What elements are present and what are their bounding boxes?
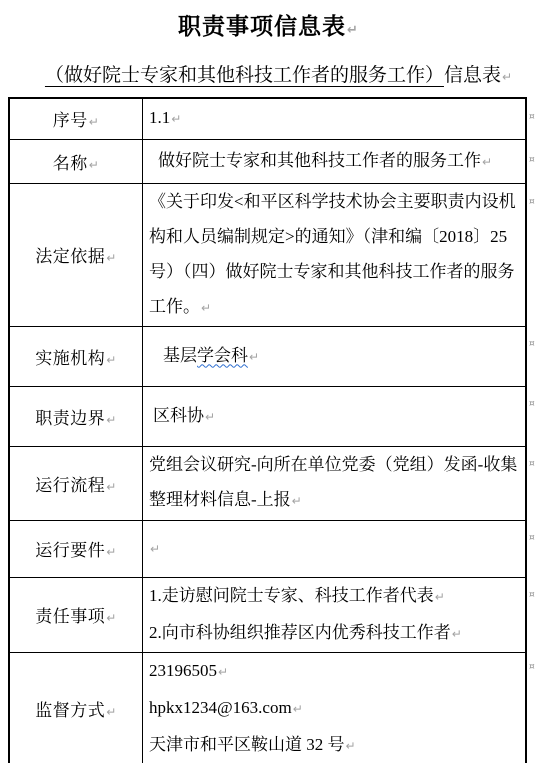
paragraph-mark: ↵ (292, 494, 302, 508)
paragraph-mark: ↵ (347, 23, 359, 38)
row-label: 监督方式 (35, 701, 105, 720)
row-label-cell: 法定依据↵ (9, 183, 143, 326)
row-end-mark: ¤ (529, 156, 535, 165)
table-row-fading-yiju: 法定依据↵ 《关于印发<和平区科学技术协会主要职责内设机构和人员编制规定>的通知… (9, 183, 526, 326)
paragraph-mark: ↵ (201, 301, 211, 315)
paragraph-mark: ↵ (106, 705, 117, 719)
table-row-shishi-jigou: 实施机构↵ 基层学会科↵ (9, 326, 526, 386)
row-label: 运行流程 (35, 476, 105, 495)
paragraph-mark: ↵ (452, 627, 462, 641)
row-value-cell: 区科协↵ (143, 386, 527, 446)
paragraph-mark: ↵ (218, 665, 228, 679)
row-end-mark: ¤ (529, 400, 535, 409)
paragraph-mark: ↵ (293, 702, 303, 716)
subtitle-suffix-text: 信息表 (444, 65, 501, 86)
row-value-cell: 1.1↵ (143, 98, 527, 139)
paragraph-mark: ↵ (171, 112, 181, 126)
row-value-prefix: 基层 (163, 346, 197, 365)
title-text: 职责事项信息表 (178, 14, 346, 39)
table-row-zhize-bianjie: 职责边界↵ 区科协↵ (9, 386, 526, 446)
row-value-cell: 基层学会科↵ (143, 326, 527, 386)
row-value: 区科协 (153, 406, 204, 425)
line-text: 1.走访慰问院士专家、科技工作者代表 (149, 586, 434, 605)
row-label-cell: 名称↵ (9, 139, 143, 183)
paragraph-mark: ↵ (150, 542, 160, 556)
row-label-cell: 实施机构↵ (9, 326, 143, 386)
paragraph-mark: ↵ (106, 413, 117, 427)
row-end-mark: ¤ (529, 340, 535, 349)
row-label: 职责边界 (35, 409, 105, 428)
supervision-address: 天津市和平区鞍山道 32 号↵ (149, 727, 520, 763)
table-row-jiandu-fangshi: 监督方式↵ 23196505↵ hpkx1234@163.com↵ 天津市和平区… (9, 652, 526, 763)
row-value: 《关于印发<和平区科学技术协会主要职责内设机构和人员编制规定>的通知》（津和编〔… (149, 192, 516, 316)
paragraph-mark: ↵ (205, 410, 215, 424)
row-value-cell: 党组会议研究-向所在单位党委（党组）发函-收集整理材料信息-上报↵ (143, 446, 527, 520)
supervision-email: hpkx1234@163.com↵ (149, 690, 520, 727)
line-text: 2.向市科协组织推荐区内优秀科技工作者 (149, 623, 451, 642)
table-row-zeren-shixiang: 责任事项↵ 1.走访慰问院士专家、科技工作者代表↵ 2.向市科协组织推荐区内优秀… (9, 577, 526, 652)
supervision-phone: 23196505↵ (149, 653, 520, 690)
row-label-cell: 序号↵ (9, 98, 143, 139)
paragraph-mark: ↵ (435, 590, 445, 604)
row-label-cell: 监督方式↵ (9, 652, 143, 763)
subtitle-underlined-text: （做好院士专家和其他科技工作者的服务工作） (45, 65, 444, 86)
row-label-cell: 职责边界↵ (9, 386, 143, 446)
table-row-yunxing-liucheng: 运行流程↵ 党组会议研究-向所在单位党委（党组）发函-收集整理材料信息-上报↵ (9, 446, 526, 520)
row-label: 序号 (53, 111, 88, 130)
spellchecked-text: 学会科 (197, 346, 248, 365)
row-value: 做好院士专家和其他科技工作者的服务工作 (158, 151, 481, 170)
row-value: 1.1 (149, 108, 170, 127)
value-line: 2.向市科协组织推荐区内优秀科技工作者↵ (149, 615, 520, 652)
row-end-mark: ¤ (529, 113, 535, 122)
row-label-cell: 责任事项↵ (9, 577, 143, 652)
row-end-mark: ¤ (529, 534, 535, 543)
document-subtitle: （做好院士专家和其他科技工作者的服务工作）信息表↵ (10, 60, 537, 87)
row-end-mark: ¤ (529, 591, 535, 600)
row-value: 党组会议研究-向所在单位党委（党组）发函-收集整理材料信息-上报 (149, 455, 517, 509)
row-end-mark: ¤ (529, 663, 535, 672)
document-page: 职责事项信息表↵ （做好院士专家和其他科技工作者的服务工作）信息表↵ 序号↵ 1… (0, 0, 537, 763)
value-line: 1.走访慰问院士专家、科技工作者代表↵ (149, 578, 520, 615)
line-text: hpkx1234@163.com (149, 698, 292, 717)
paragraph-mark: ↵ (249, 350, 259, 364)
table-row-yunxing-yaojian: 运行要件↵ ↵ (9, 520, 526, 577)
table-row-xuhao: 序号↵ 1.1↵ (9, 98, 526, 139)
row-value-cell: 1.走访慰问院士专家、科技工作者代表↵ 2.向市科协组织推荐区内优秀科技工作者↵ (143, 577, 527, 652)
row-value-cell: ↵ (143, 520, 527, 577)
row-end-mark: ¤ (529, 198, 535, 207)
paragraph-mark: ↵ (482, 155, 492, 169)
paragraph-mark: ↵ (106, 353, 117, 367)
row-end-mark: ¤ (529, 460, 535, 469)
row-label-cell: 运行流程↵ (9, 446, 143, 520)
row-label: 名称 (53, 154, 88, 173)
paragraph-mark: ↵ (106, 611, 117, 625)
paragraph-mark: ↵ (106, 251, 117, 265)
row-label: 责任事项 (35, 607, 105, 626)
row-value-cell: 23196505↵ hpkx1234@163.com↵ 天津市和平区鞍山道 32… (143, 652, 527, 763)
duty-info-table: 序号↵ 1.1↵ 名称↵ 做好院士专家和其他科技工作者的服务工作↵ 法定依据↵ … (8, 97, 527, 763)
paragraph-mark: ↵ (89, 158, 100, 172)
row-value-cell: 做好院士专家和其他科技工作者的服务工作↵ (143, 139, 527, 183)
row-label-cell: 运行要件↵ (9, 520, 143, 577)
table-row-mingcheng: 名称↵ 做好院士专家和其他科技工作者的服务工作↵ (9, 139, 526, 183)
line-text: 天津市和平区鞍山道 32 号 (149, 735, 345, 754)
paragraph-mark: ↵ (106, 545, 117, 559)
line-text: 23196505 (149, 661, 217, 680)
paragraph-mark: ↵ (346, 739, 356, 753)
document-title: 职责事项信息表↵ (0, 8, 537, 41)
row-value-cell: 《关于印发<和平区科学技术协会主要职责内设机构和人员编制规定>的通知》（津和编〔… (143, 183, 527, 326)
row-label: 法定依据 (35, 247, 105, 266)
paragraph-mark: ↵ (89, 115, 100, 129)
paragraph-mark: ↵ (502, 70, 512, 84)
row-label: 运行要件 (35, 541, 105, 560)
row-label: 实施机构 (35, 349, 105, 368)
paragraph-mark: ↵ (106, 480, 117, 494)
